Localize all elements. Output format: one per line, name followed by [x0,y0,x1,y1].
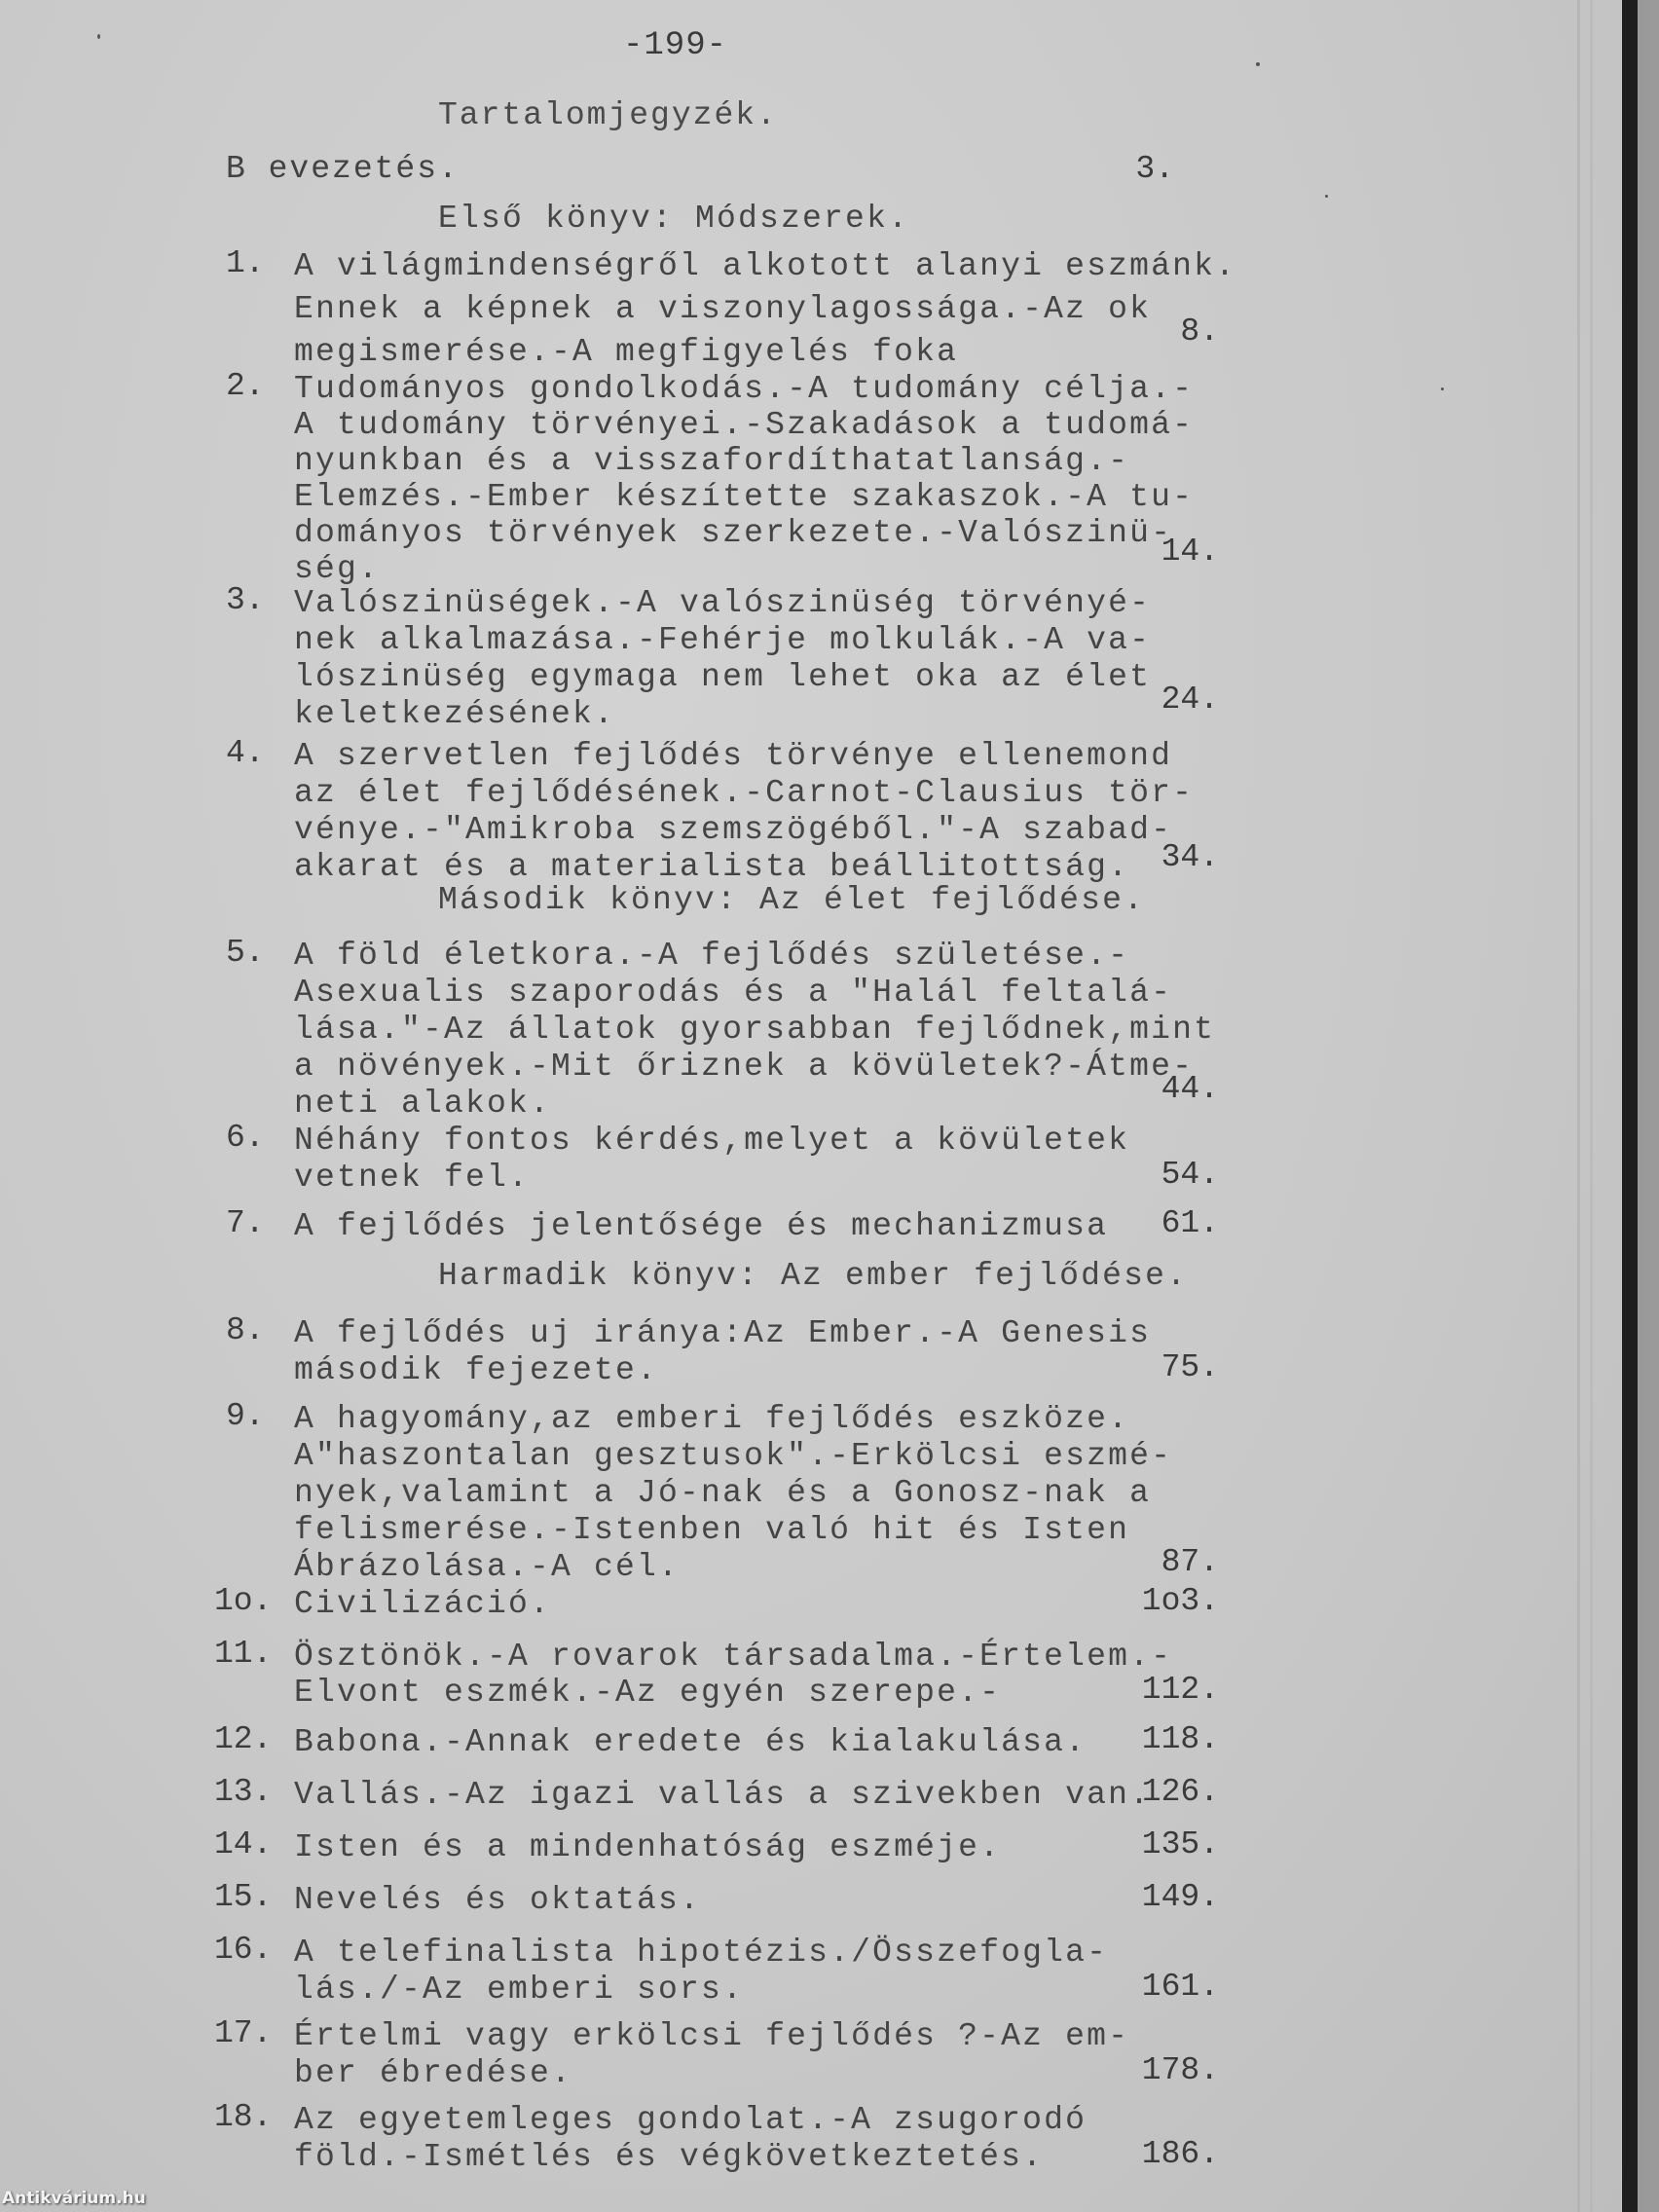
chapter-line: keletkezésének. [294,693,1151,730]
chapter-number: 3. [226,582,265,618]
chapter-line: lása."-Az állatok gyorsabban fejlődnek,m… [294,1009,1215,1046]
chapter-line: A fejlődés jelentősége és mechanizmusa [294,1205,1108,1248]
chapter-line: A szervetlen fejlődés törvénye ellenemon… [294,735,1194,772]
typewritten-page: -199- Tartalomjegyzék. B evezetés. 3. El… [0,0,1621,2212]
chapter-line: Valószinüségek.-A valószinüség törvényé- [294,582,1151,619]
chapter-page: 87. [1161,1544,1219,1580]
chapter-number: 5. [226,935,265,971]
chapter-page: 61. [1161,1205,1219,1241]
document-title: Tartalomjegyzék. [438,97,778,133]
chapter-number: 13. [214,1774,272,1810]
chapter-line: ber ébredése. [294,2052,1129,2089]
chapter-line: vetnek fel. [294,1157,1129,1194]
paper-speck [1441,387,1444,390]
chapter-number: 9. [226,1398,265,1434]
chapter-number: 14. [214,1826,272,1862]
chapter-line: Elvont eszmék.-Az egyén szerepe.- [294,1672,1172,1708]
chapter-number: 17. [214,2015,272,2051]
chapter-page: 135. [1142,1826,1219,1862]
chapter-number: 6. [226,1120,265,1156]
chapter-number: 18. [214,2099,272,2135]
chapter-line: Civilizáció. [294,1583,551,1626]
page-edge-shadow [1622,0,1638,2212]
chapter-line: föld.-Ismétlés és végkövetkeztetés. [294,2136,1087,2173]
chapter-line: nek alkalmazása.-Fehérje molkulák.-A va- [294,619,1151,656]
chapter-number: 8. [226,1312,265,1348]
chapter-line: A fejlődés uj iránya:Az Ember.-A Genesis [294,1312,1151,1349]
chapter-line: A tudomány törvényei.-Szakadások a tudom… [294,404,1194,440]
chapter-page: 1o3. [1142,1583,1219,1619]
paper-speck [97,34,100,39]
chapter-line: Néhány fontos kérdés,melyet a kövületek [294,1120,1129,1157]
paper-crease [1577,0,1580,2212]
chapter-page: 112. [1142,1672,1219,1708]
chapter-number: 4. [226,735,265,771]
toc-introduction: B evezetés. [226,151,460,187]
chapter-line: Vallás.-Az igazi vallás a szivekben van. [294,1774,1151,1817]
paper-speck [1325,195,1328,198]
chapter-line: Az egyetemleges gondolat.-A zsugorodó [294,2099,1087,2136]
toc-introduction-page: 3. [1135,151,1174,187]
chapter-line: Babona.-Annak eredete és kialakulása. [294,1721,1087,1764]
page-number: -199- [623,27,727,64]
chapter-number: 11. [214,1636,272,1672]
chapter-page: 14. [1161,534,1219,570]
chapter-line: Ennek a képnek a viszonylagossága.-Az ok [294,288,1236,331]
chapter-line: a növények.-Mit őriznek a kövületek?-Átm… [294,1046,1215,1083]
chapter-page: 34. [1161,839,1219,875]
chapter-page: 54. [1161,1157,1219,1193]
chapter-page: 126. [1142,1774,1219,1810]
chapter-line: Ösztönök.-A rovarok társadalma.-Értelem.… [294,1636,1172,1672]
chapter-number: 1o. [214,1583,272,1619]
chapter-line: felismerése.-Istenben való hit és Isten [294,1509,1172,1546]
book-heading-1: Első könyv: Módszerek. [438,201,909,237]
chapter-line: dományos törvények szerkezete.-Valószinü… [294,512,1194,548]
paper-crease [1590,0,1593,2212]
chapter-page: 8. [1180,313,1219,350]
chapter-line: lószinüség egymaga nem lehet oka az élet [294,656,1151,693]
chapter-line: A"haszontalan gesztusok".-Erkölcsi eszmé… [294,1435,1172,1472]
chapter-page: 149. [1142,1879,1219,1915]
chapter-page: 118. [1142,1721,1219,1757]
chapter-line: az élet fejlődésének.-Carnot-Clausius tö… [294,772,1194,809]
chapter-page: 186. [1142,2136,1219,2172]
chapter-line: nyunkban és a visszafordíthatatlanság.- [294,440,1194,476]
chapter-line: nyek,valamint a Jó-nak és a Gonosz-nak a [294,1472,1172,1509]
chapter-page: 75. [1161,1349,1219,1385]
chapter-page: 178. [1142,2052,1219,2088]
chapter-number: 12. [214,1721,272,1757]
chapter-line: A világmindenségről alkotott alanyi eszm… [294,245,1236,288]
watermark-logo: Antikvárium.hu [2,2189,146,2208]
chapter-line: második fejezete. [294,1349,1151,1386]
book-heading-2: Második könyv: Az élet fejlődése. [438,882,1145,918]
chapter-line: lás./-Az emberi sors. [294,1969,1108,2006]
chapter-line: Ábrázolása.-A cél. [294,1546,1172,1583]
chapter-line: Tudományos gondolkodás.-A tudomány célja… [294,368,1194,404]
chapter-line: vénye.-"Amikroba szemszögéből."-A szabad… [294,809,1194,846]
underlying-page-edge [1638,0,1659,2212]
chapter-number: 2. [226,368,265,404]
chapter-line: neti alakok. [294,1083,1215,1120]
chapter-number: 16. [214,1932,272,1968]
chapter-line: akarat és a materialista beállitottság. [294,846,1194,883]
paper-speck [1256,62,1260,66]
chapter-page: 44. [1161,1071,1219,1107]
chapter-number: 15. [214,1879,272,1915]
chapter-line: Nevelés és oktatás. [294,1879,701,1922]
chapter-number: 7. [226,1205,265,1241]
chapter-line: Isten és a mindenhatóság eszméje. [294,1826,1001,1869]
chapter-line: ség. [294,548,1194,584]
chapter-line: A hagyomány,az emberi fejlődés eszköze. [294,1398,1172,1435]
chapter-line: Elemzés.-Ember készítette szakaszok.-A t… [294,476,1194,512]
book-heading-3: Harmadik könyv: Az ember fejlődése. [438,1258,1188,1294]
chapter-page: 24. [1161,682,1219,718]
chapter-line: A telefinalista hipotézis./Összefogla- [294,1932,1108,1969]
chapter-line: Asexualis szaporodás és a "Halál feltalá… [294,972,1215,1009]
chapter-number: 1. [226,245,265,281]
chapter-line: A föld életkora.-A fejlődés születése.- [294,935,1215,972]
chapter-page: 161. [1142,1969,1219,2005]
chapter-line: Értelmi vagy erkölcsi fejlődés ?-Az em- [294,2015,1129,2052]
